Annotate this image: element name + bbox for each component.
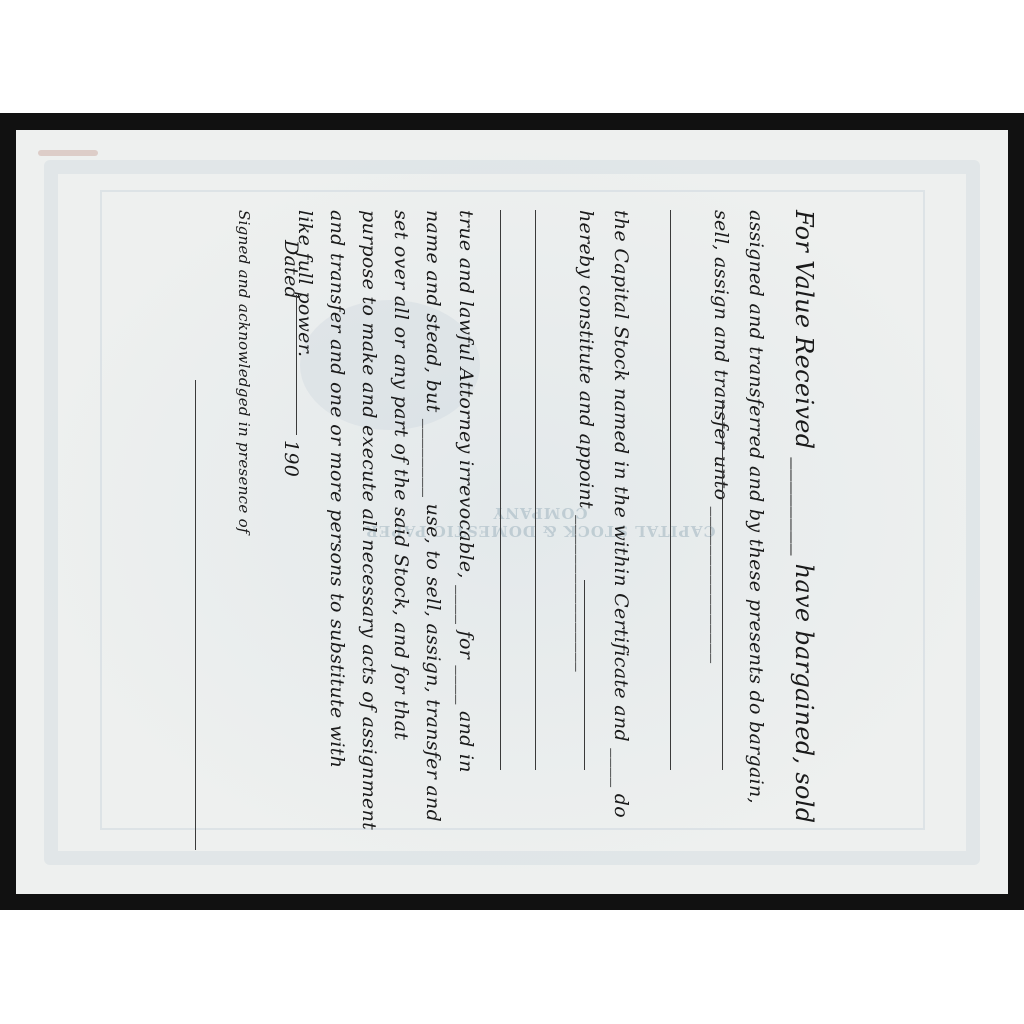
dated-year: 190 xyxy=(280,440,302,477)
assignment-line-5: hereby constitute and appoint __________… xyxy=(575,210,615,890)
blank-rule xyxy=(500,210,501,770)
witness-signature-rule xyxy=(195,380,196,850)
assignee-name-rule xyxy=(722,400,723,770)
blank-rule xyxy=(670,210,671,770)
assignment-form: For Value Received ________ have bargain… xyxy=(150,210,840,890)
attorney-name-rule xyxy=(584,580,585,770)
dated-label: Dated xyxy=(280,240,302,299)
dated-line: Dated 190 xyxy=(280,210,320,890)
assignment-line-1: For Value Received ________ have bargain… xyxy=(790,210,830,890)
blank-rule xyxy=(535,210,536,770)
dated-rule xyxy=(296,295,297,435)
signature-line-label: Signed and acknowledged in presence of xyxy=(235,210,275,890)
paper-stain xyxy=(38,150,98,156)
assignment-line-4: the Capital Stock named in the within Ce… xyxy=(610,210,650,890)
assignment-line-3: sell, assign and transfer unto _________… xyxy=(710,210,750,890)
assignment-line-2: assigned and transferred and by these pr… xyxy=(745,210,785,890)
